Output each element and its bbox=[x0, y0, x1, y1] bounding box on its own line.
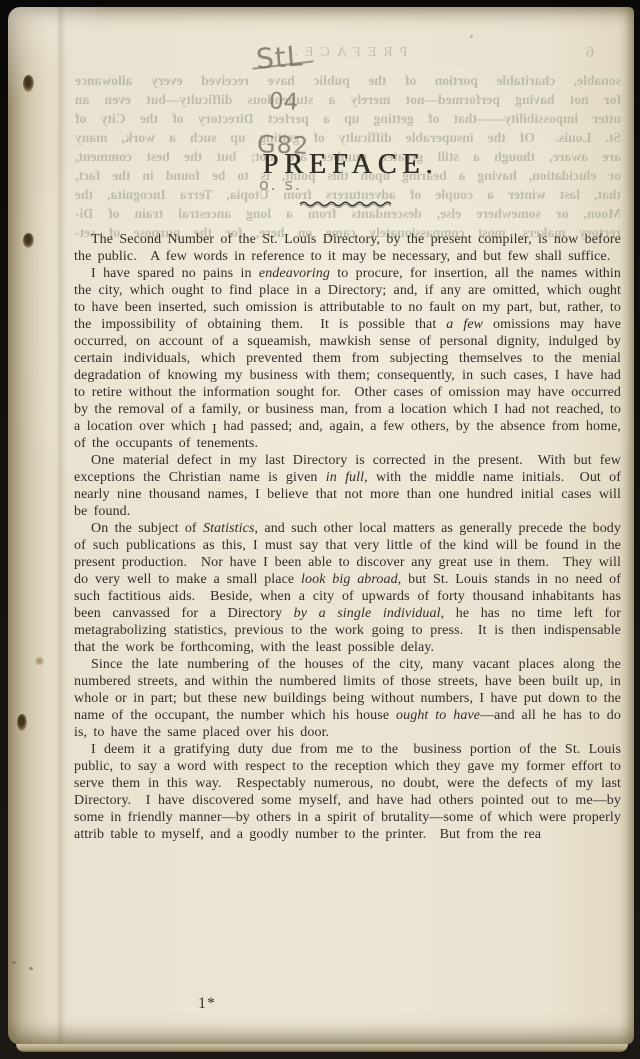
paragraph: I deem it a gratifying duty due from me … bbox=[74, 741, 621, 843]
handwriting-line: 04 bbox=[268, 88, 299, 115]
foxing-speck bbox=[470, 35, 473, 38]
bleedthrough-page-number: 6 bbox=[586, 44, 594, 62]
paper-smudge bbox=[35, 656, 44, 666]
decorative-wavy-rule bbox=[299, 200, 395, 210]
bleedthrough-line: utter impossibility——that of getting up … bbox=[75, 109, 621, 128]
photo-background: PREFACE. 6 sonable, charitable portion o… bbox=[0, 0, 640, 1059]
book-page: PREFACE. 6 sonable, charitable portion o… bbox=[8, 7, 634, 1044]
preface-paragraphs: The Second Number of the St. Louis Direc… bbox=[74, 231, 621, 843]
foxing-speck bbox=[12, 961, 16, 964]
bleedthrough-running-header: PREFACE. bbox=[74, 45, 621, 61]
bleedthrough-line: sonable, charitable portion of the publi… bbox=[75, 71, 621, 90]
bleedthrough-line: St. Louis. Of the insuperable difficulty… bbox=[75, 128, 621, 147]
foxing-speck bbox=[29, 967, 33, 970]
paragraph: I have spared no pains in endeavoring to… bbox=[74, 265, 621, 452]
stitch-hole bbox=[17, 714, 27, 731]
paragraph: Since the late numbering of the houses o… bbox=[74, 656, 621, 741]
page-title: PREFACE. bbox=[74, 150, 621, 180]
signature-mark: 1* bbox=[198, 995, 216, 1013]
stitch-hole bbox=[23, 75, 34, 92]
bleedthrough-line: for not having performed—not merely a st… bbox=[75, 90, 621, 109]
paragraph: The Second Number of the St. Louis Direc… bbox=[74, 231, 621, 265]
binding-crease bbox=[56, 7, 67, 1044]
handwriting-line: StL bbox=[255, 39, 305, 75]
page-block-edge bbox=[16, 1044, 628, 1052]
paragraph: One material defect in my last Directory… bbox=[74, 452, 621, 520]
paragraph: On the subject of Statistics, and such o… bbox=[74, 520, 621, 656]
stitch-hole bbox=[23, 233, 34, 248]
